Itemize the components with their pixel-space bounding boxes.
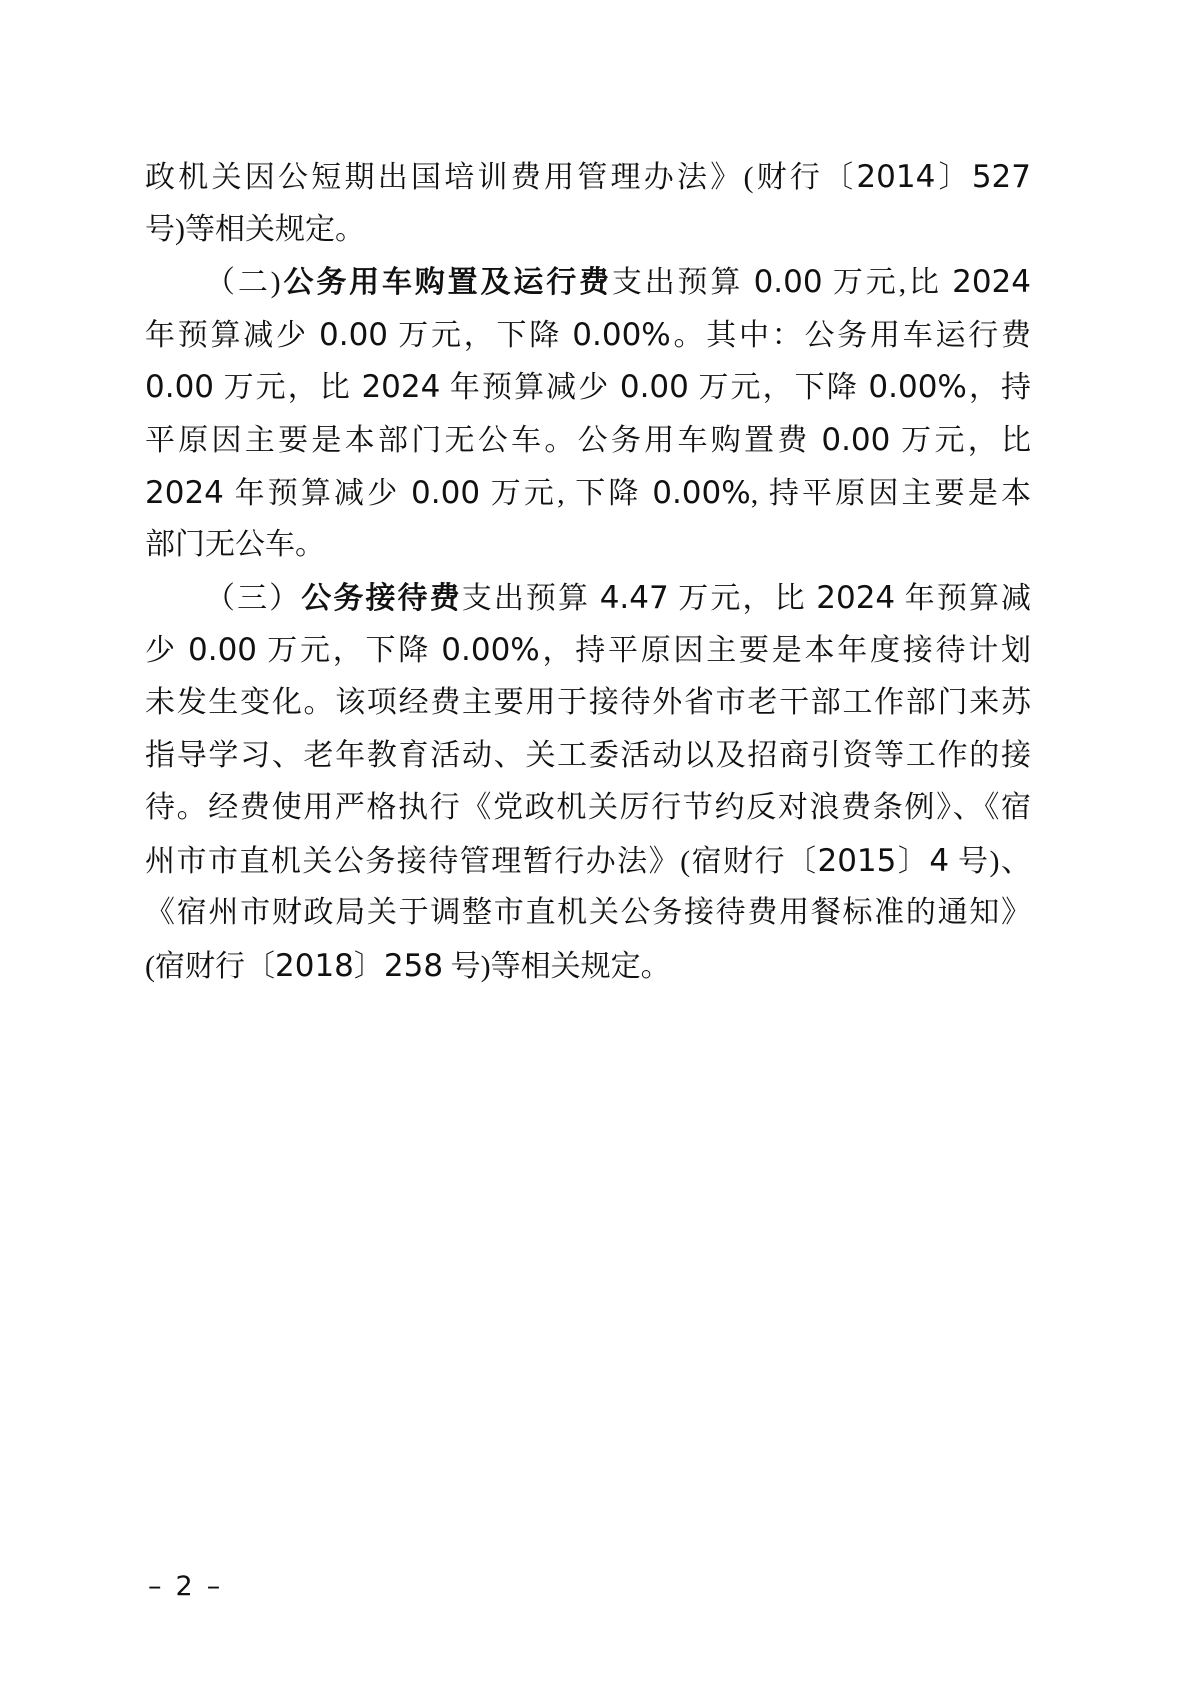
text-segment: 2024 [816,580,895,616]
text-segment: 万元，比 [890,424,1031,457]
text-line: (宿财行〔2018〕258 号)等相关规定。 [145,940,1031,993]
page-number-left-dash: – [148,1570,162,1604]
text-line: 号)等相关规定。 [145,204,1031,257]
text-segment: 0.00 [188,632,257,668]
text-line: 0.00 万元，比 2024 年预算减少 0.00 万元，下降 0.00%，持 [145,361,1031,414]
text-segment: 2015 [817,843,896,879]
document-body: 政机关因公短期出国培训费用管理办法》(财行〔2014〕527号)等相关规定。（二… [145,151,1031,993]
text-segment: 万元,比 [823,266,953,299]
text-segment: 4 [929,843,949,879]
text-segment: ，持 [967,371,1031,404]
text-segment: 万元，比 [669,582,817,615]
text-segment: 万元, 下降 [480,477,652,510]
text-segment: 指导学习、老年教育活动、关工委活动以及招商引资等工作的接 [145,739,1031,772]
text-line: 《宿州市财政局关于调整市直机关公务接待费用餐标准的通知》 [145,887,1031,940]
text-segment: 0.00 [319,317,388,353]
text-segment: 未发生变化。该项经费主要用于接待外省市老干部工作部门来苏 [145,686,1031,719]
text-segment: 2024 [145,475,224,511]
text-segment: (宿财行〔 [145,950,275,983]
text-line: 平原因主要是本部门无公车。公务用车购置费 0.00 万元，比 [145,414,1031,467]
page-number: –2– [148,1570,220,1604]
text-segment: 〕 [354,950,384,983]
text-segment: 4.47 [600,580,669,616]
text-segment: （二) [205,266,281,299]
text-segment: 少 [145,634,188,667]
text-segment: 万元，比 [214,371,361,404]
text-line: 少 0.00 万元，下降 0.00%，持平原因主要是本年度接待计划 [145,624,1031,677]
text-segment: 0.00 [620,369,689,405]
text-segment: 0.00% [572,317,670,353]
text-segment: 部门无公车。 [145,528,325,561]
text-line: 州市市直机关公务接待管理暂行办法》(宿财行〔2015〕4 号)、 [145,835,1031,888]
text-segment: 平原因主要是本部门无公车。公务用车购置费 [145,424,821,457]
text-segment: 0.00 [411,475,480,511]
text-segment: 公务接待费 [301,582,461,615]
text-segment: 支出预算 [462,582,600,615]
text-segment: 年预算减 [895,582,1031,615]
text-segment: 公务用车购置及运行费 [281,266,612,299]
text-segment: , 持平原因主要是本 [751,477,1031,510]
text-segment: 号)等相关规定。 [443,950,671,983]
text-segment: 2014 [856,159,935,195]
text-segment: 2024 [361,369,440,405]
document-page: 政机关因公短期出国培训费用管理办法》(财行〔2014〕527号)等相关规定。（二… [0,0,1190,1683]
text-line: 指导学习、老年教育活动、关工委活动以及招商引资等工作的接 [145,730,1031,783]
text-segment: 《宿州市财政局关于调整市直机关公务接待费用餐标准的通知》 [145,896,1031,929]
text-line: 部门无公车。 [145,519,1031,572]
text-segment: 0.00% [868,369,966,405]
text-segment: 258 [384,948,443,984]
text-segment: 527 [972,159,1031,195]
text-segment: 支出预算 [612,266,754,299]
text-segment: ，持平原因主要是本年度接待计划 [540,634,1031,667]
text-line: （三）公务接待费支出预算 4.47 万元，比 2024 年预算减 [145,572,1031,625]
text-segment: 年预算减少 [224,477,411,510]
text-line: 2024 年预算减少 0.00 万元, 下降 0.00%, 持平原因主要是本 [145,467,1031,520]
text-segment: 0.00 [754,264,823,300]
text-segment: 0.00% [652,475,750,511]
text-segment: 〕 [896,845,929,878]
text-segment: 年预算减少 [440,371,620,404]
text-segment: 号)等相关规定。 [145,213,365,246]
text-line: （二)公务用车购置及运行费支出预算 0.00 万元,比 2024 [145,256,1031,309]
page-number-right-dash: – [207,1570,221,1604]
text-segment: 0.00 [821,422,890,458]
text-line: 待。经费使用严格执行《党政机关厉行节约反对浪费条例》、《宿 [145,782,1031,835]
text-segment: 政机关因公短期出国培训费用管理办法》(财行〔 [145,161,856,194]
text-segment: 号)、 [949,845,1031,878]
text-segment: 2024 [952,264,1031,300]
text-segment: 年预算减少 [145,319,319,352]
text-segment: 万元，下降 [689,371,869,404]
text-line: 年预算减少 0.00 万元，下降 0.00%。其中：公务用车运行费 [145,309,1031,362]
text-segment: （三） [205,582,301,615]
text-segment: 待。经费使用严格执行《党政机关厉行节约反对浪费条例》、《宿 [145,791,1031,824]
text-segment: 。其中：公务用车运行费 [671,319,1031,352]
page-number-value: 2 [176,1570,193,1604]
text-segment: 万元，下降 [388,319,572,352]
text-segment: 万元，下降 [257,634,441,667]
text-line: 未发生变化。该项经费主要用于接待外省市老干部工作部门来苏 [145,677,1031,730]
text-segment: 0.00% [441,632,539,668]
text-segment: 0.00 [145,369,214,405]
text-segment: 2018 [275,948,354,984]
text-segment: 州市市直机关公务接待管理暂行办法》(宿财行〔 [145,845,817,878]
text-segment: 〕 [935,161,972,194]
text-line: 政机关因公短期出国培训费用管理办法》(财行〔2014〕527 [145,151,1031,204]
